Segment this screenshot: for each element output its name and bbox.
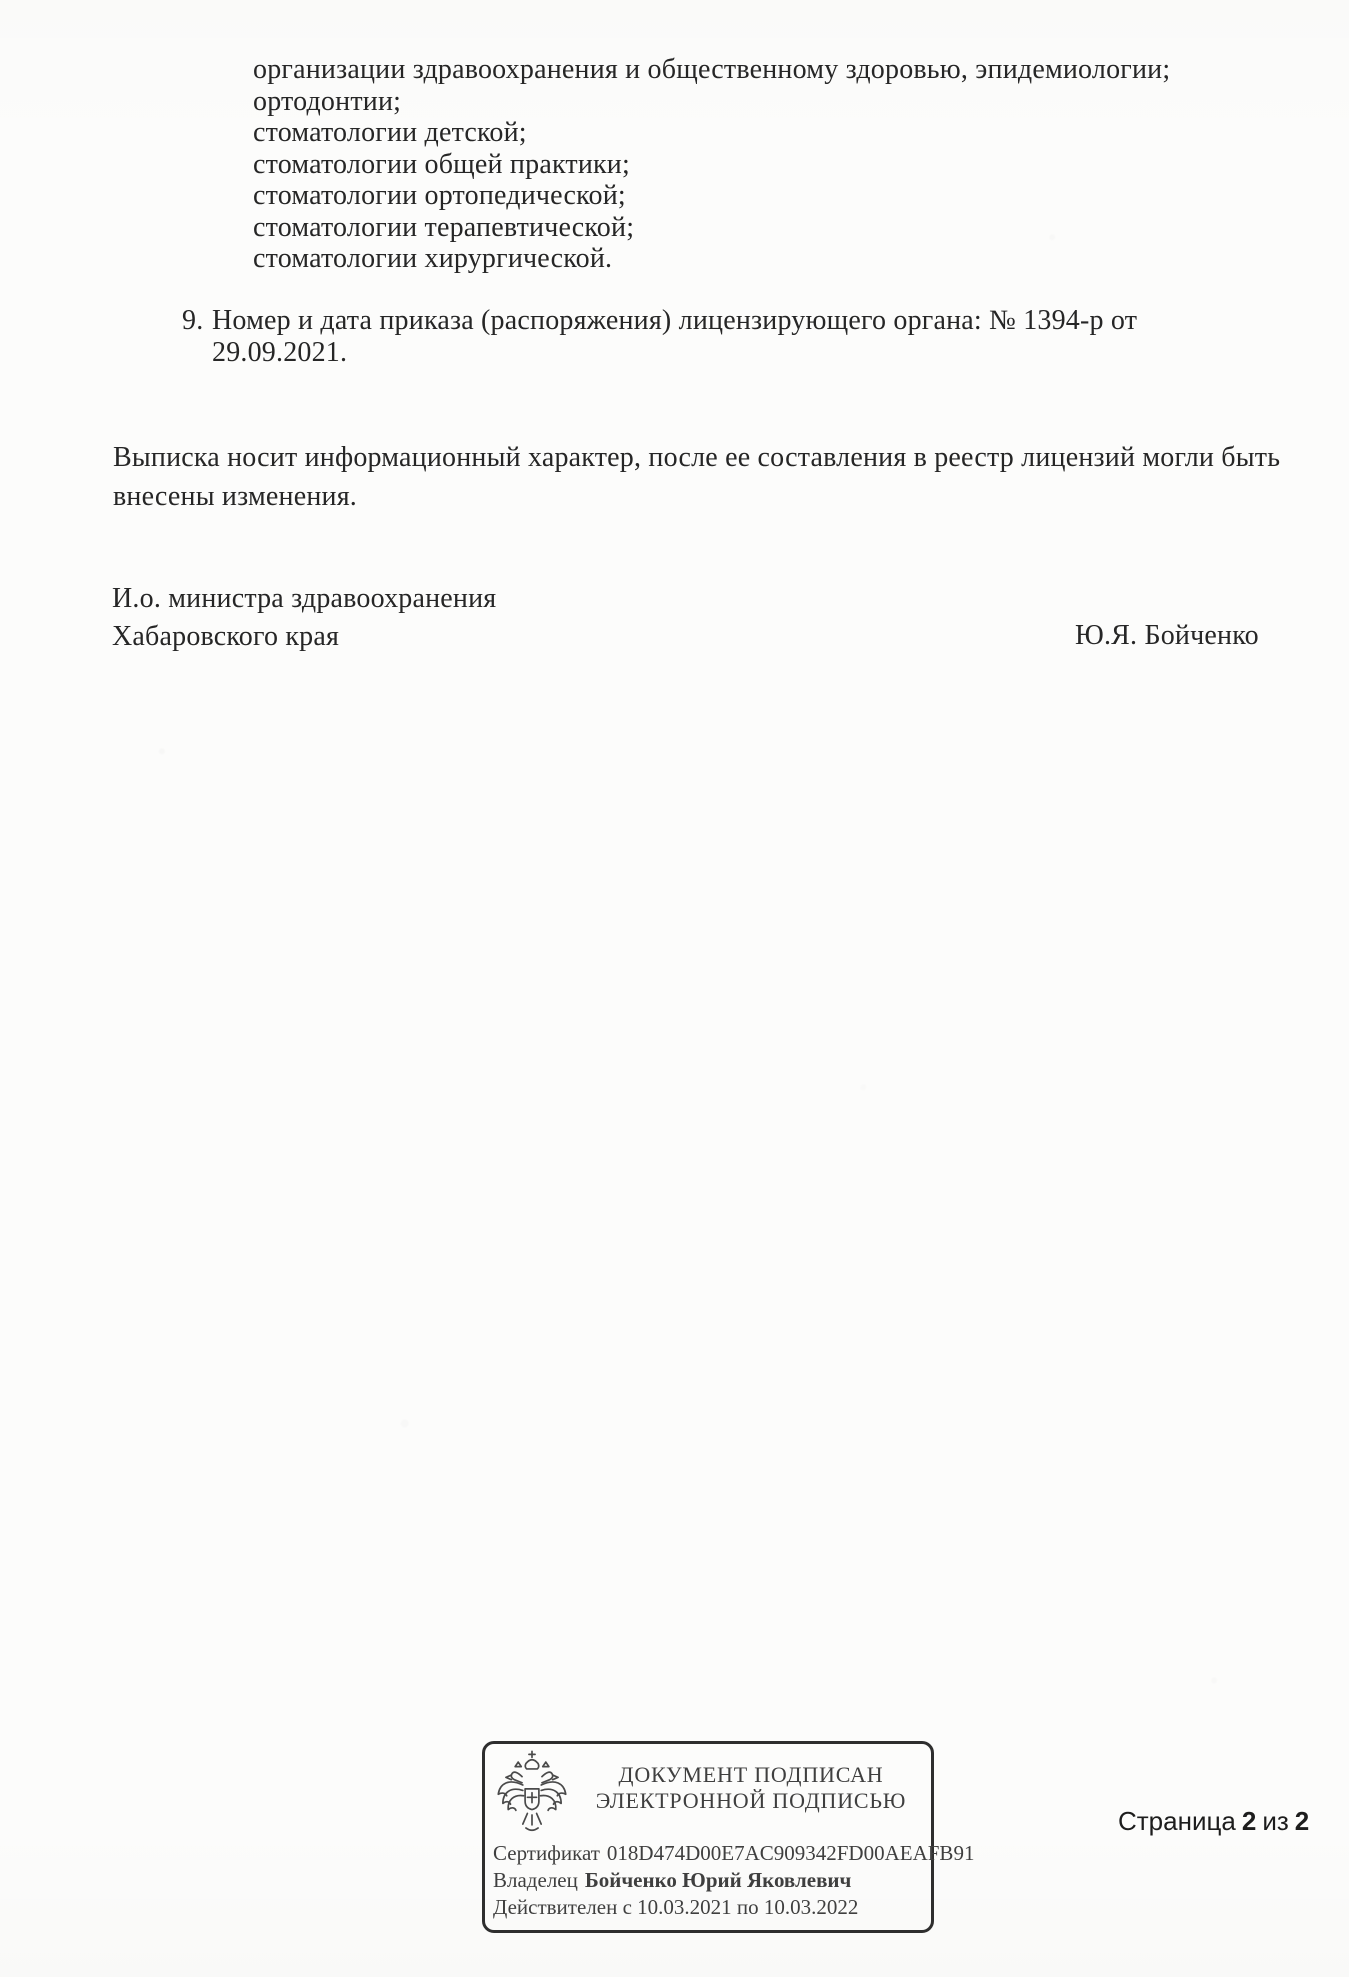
signatory-title-line: Хабаровского края bbox=[112, 618, 496, 656]
scanned-license-extract-page: организации здравоохранения и общественн… bbox=[0, 0, 1349, 1977]
item-9-number: 9. bbox=[182, 305, 203, 337]
owner-name: Бойченко Юрий Яковлевич bbox=[585, 1868, 852, 1892]
note-line: Выписка носит информационный характер, п… bbox=[113, 438, 1303, 477]
activity-list-line: организации здравоохранения и общественн… bbox=[253, 54, 1170, 86]
page-number-total: 2 bbox=[1295, 1806, 1309, 1836]
page-number-current: 2 bbox=[1242, 1806, 1256, 1836]
owner-label: Владелец bbox=[493, 1868, 578, 1892]
page-number: Страница2из2 bbox=[1118, 1806, 1309, 1836]
activity-list-line: стоматологии терапевтической; bbox=[253, 212, 1170, 244]
signatory-title-line: И.о. министра здравоохранения bbox=[112, 580, 496, 618]
stamp-details: Сертификат018D474D00E7AC909342FD00AEAFB9… bbox=[493, 1840, 926, 1921]
owner-line: ВладелецБойченко Юрий Яковлевич bbox=[493, 1867, 926, 1894]
page-number-label: Страница bbox=[1118, 1806, 1236, 1836]
informational-note: Выписка носит информационный характер, п… bbox=[113, 438, 1303, 516]
certificate-line: Сертификат018D474D00E7AC909342FD00AEAFB9… bbox=[493, 1840, 926, 1867]
item-9-line: 29.09.2021. bbox=[212, 337, 1137, 369]
activity-list-line: стоматологии хирургической. bbox=[253, 243, 1170, 275]
note-line: внесены изменения. bbox=[113, 477, 1303, 516]
activity-list-line: стоматологии общей практики; bbox=[253, 149, 1170, 181]
activity-list-line: стоматологии детской; bbox=[253, 117, 1170, 149]
activity-list-line: стоматологии ортопедической; bbox=[253, 180, 1170, 212]
electronic-signature-stamp: ДОКУМЕНТ ПОДПИСАН ЭЛЕКТРОННОЙ ПОДПИСЬЮ С… bbox=[482, 1741, 934, 1933]
certificate-label: Сертификат bbox=[493, 1841, 600, 1865]
signatory-name: Ю.Я. Бойченко bbox=[1075, 617, 1259, 655]
activity-list: организации здравоохранения и общественн… bbox=[253, 54, 1170, 275]
certificate-value: 018D474D00E7AC909342FD00AEAFB91 bbox=[607, 1841, 975, 1865]
activity-list-line: ортодонтии; bbox=[253, 86, 1170, 118]
stamp-title-line: ЭЛЕКТРОННОЙ ПОДПИСЬЮ bbox=[577, 1788, 925, 1814]
coat-of-arms-eagle-icon bbox=[493, 1749, 571, 1841]
stamp-title: ДОКУМЕНТ ПОДПИСАН ЭЛЕКТРОННОЙ ПОДПИСЬЮ bbox=[577, 1762, 925, 1814]
item-9-line: Номер и дата приказа (распоряжения) лице… bbox=[212, 305, 1137, 337]
validity-line: Действителен с 10.03.2021 по 10.03.2022 bbox=[493, 1894, 926, 1921]
item-9-order-number: 9. Номер и дата приказа (распоряжения) л… bbox=[212, 305, 1137, 369]
page-number-of-label: из bbox=[1262, 1806, 1288, 1836]
signatory-title: И.о. министра здравоохранения Хабаровско… bbox=[112, 580, 496, 656]
stamp-title-line: ДОКУМЕНТ ПОДПИСАН bbox=[577, 1762, 925, 1788]
